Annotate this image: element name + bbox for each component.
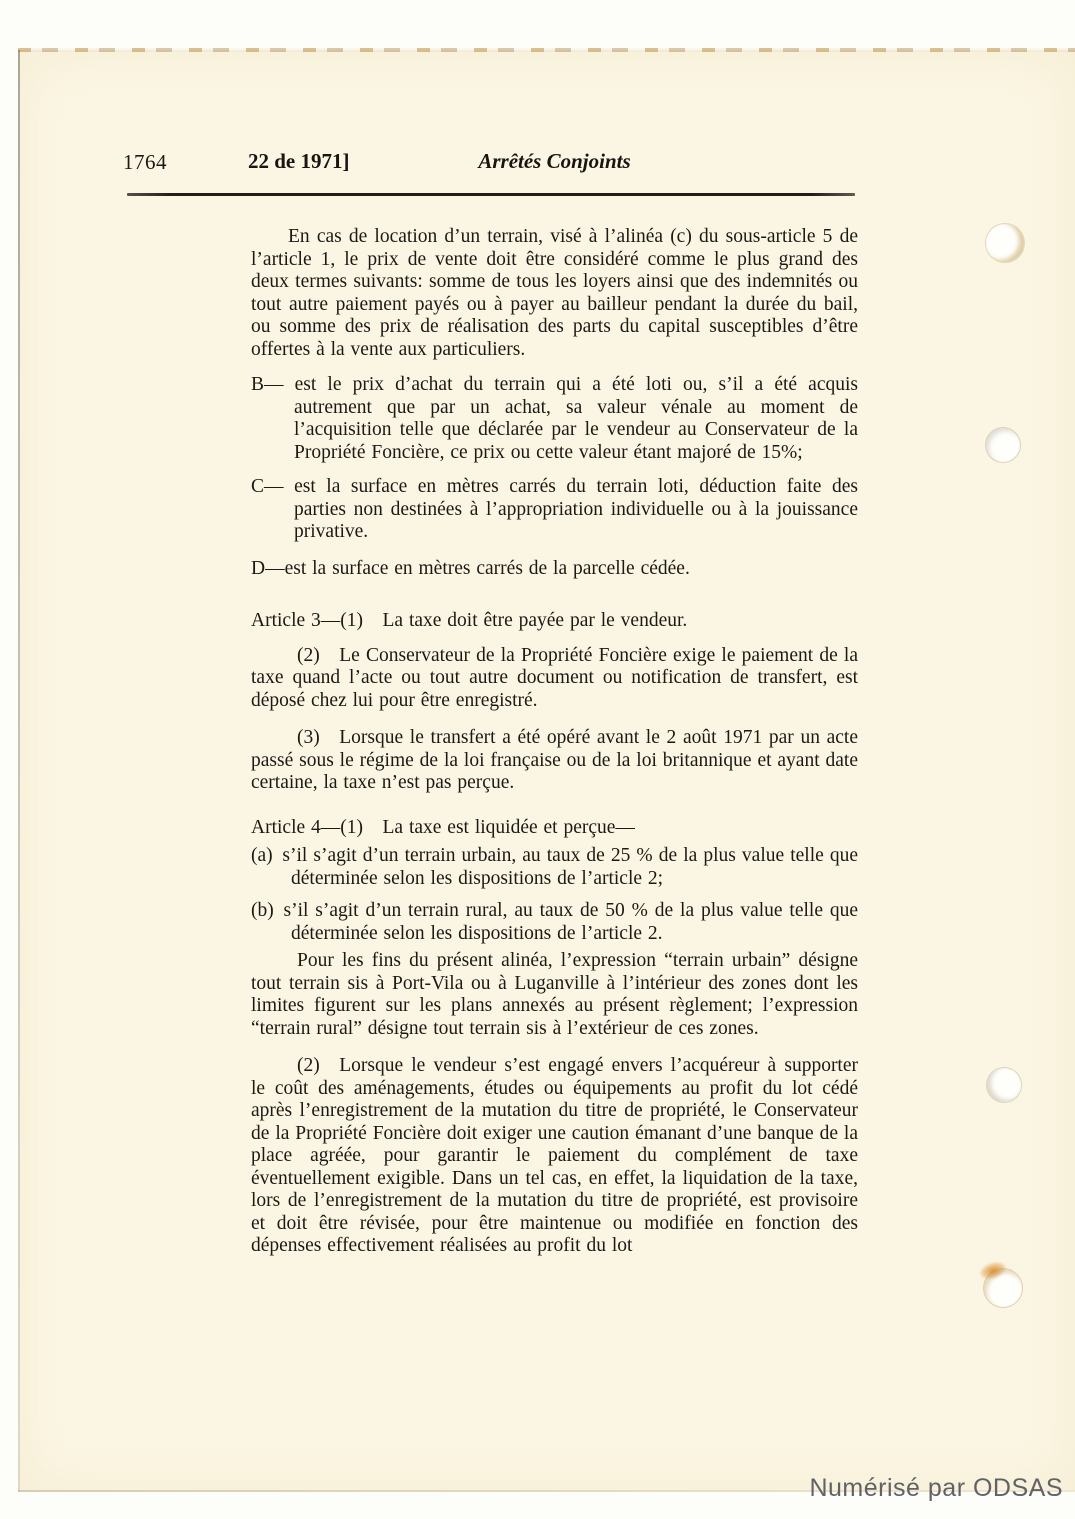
header-rule (127, 193, 855, 196)
article-4-heading: Article 4—(1) La taxe est liquidée et pe… (251, 817, 858, 840)
punch-hole-1 (986, 224, 1024, 262)
article-4-definition-zones: Pour les fins du présent alinéa, l’expre… (251, 950, 858, 1040)
punch-hole-2 (986, 428, 1020, 462)
page-number: 1764 (123, 150, 167, 175)
page-top-edge (18, 48, 1075, 52)
running-title: Arrêtés Conjoints (251, 149, 858, 174)
article-4-clause-2: (2) Lorsque le vendeur s’est engagé enve… (251, 1055, 858, 1258)
article-3-heading: Article 3—(1) La taxe doit être payée pa… (251, 610, 858, 633)
odsas-watermark: Numérisé par ODSAS (809, 1474, 1063, 1503)
definition-item-d: D—est la surface en mètres carrés de la … (251, 558, 858, 581)
article-4-item-b: (b) s’il s’agit d’un terrain rural, au t… (251, 900, 858, 945)
document-page: 1764 22 de 1971] Arrêtés Conjoints En ca… (18, 50, 1075, 1492)
page-left-edge (18, 50, 20, 1492)
article-4-item-a: (a) s’il s’agit d’un terrain urbain, au … (251, 845, 858, 890)
article-3-clause-2: (2) Le Conservateur de la Propriété Fonc… (251, 645, 858, 713)
punch-hole-4 (984, 1269, 1022, 1307)
paragraph-intro: En cas de location d’un terrain, visé à … (251, 226, 858, 361)
document-body: En cas de location d’un terrain, visé à … (251, 226, 858, 1258)
punch-hole-3 (987, 1068, 1021, 1102)
article-3-clause-3: (3) Lorsque le transfert a été opéré ava… (251, 727, 858, 795)
definition-item-c: C— est la surface en mètres carrés du te… (251, 476, 858, 544)
definition-item-b: B— est le prix d’achat du terrain qui a … (251, 374, 858, 464)
